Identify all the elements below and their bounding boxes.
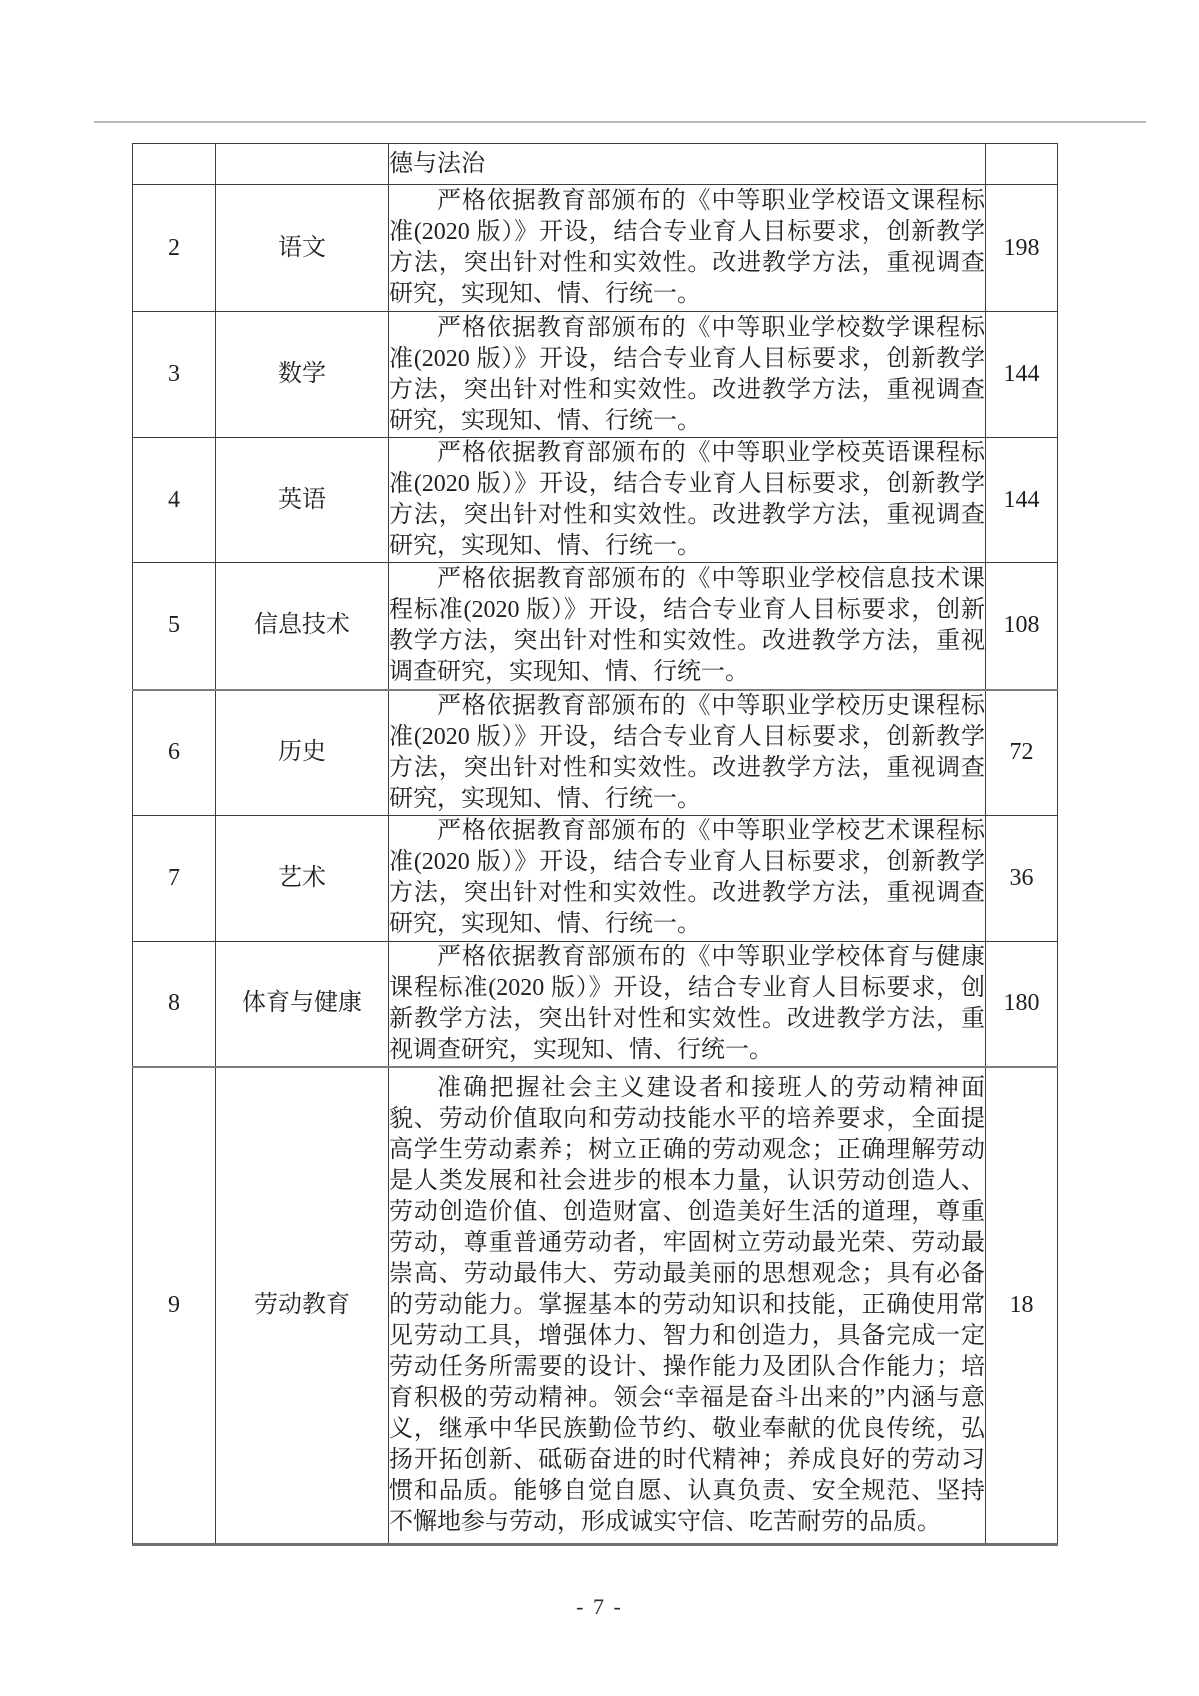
description-text: 严格依据教育部颁布的《中等职业学校艺术课程标准(2020 版）》开设，结合专业育…: [389, 816, 985, 940]
hours-cell: 108: [986, 563, 1058, 690]
serial-cell: 2: [133, 185, 216, 312]
course-cell: 数学: [216, 312, 389, 438]
serial-cell: 6: [133, 690, 216, 816]
course-cell: 历史: [216, 690, 389, 816]
table-row: 2 语文 严格依据教育部颁布的《中等职业学校语文课程标准(2020 版）》开设，…: [133, 185, 1058, 312]
course-cell: 英语: [216, 438, 389, 563]
course-cell: 艺术: [216, 815, 389, 941]
course-cell: 劳动教育: [216, 1067, 389, 1545]
description-text: 准确把握社会主义建设者和接班人的劳动精神面貌、劳动价值取向和劳动技能水平的培养要…: [389, 1073, 985, 1538]
serial-cell: [133, 144, 216, 185]
description-text: 严格依据教育部颁布的《中等职业学校数学课程标准(2020 版）》开设，结合专业育…: [389, 313, 985, 437]
serial-cell: 7: [133, 815, 216, 941]
description-cell: 严格依据教育部颁布的《中等职业学校信息技术课程标准(2020 版）》开设，结合专…: [389, 563, 986, 690]
table-row: 5 信息技术 严格依据教育部颁布的《中等职业学校信息技术课程标准(2020 版）…: [133, 563, 1058, 690]
description-text: 严格依据教育部颁布的《中等职业学校语文课程标准(2020 版）》开设，结合专业育…: [389, 186, 985, 310]
hours-cell: 180: [986, 941, 1058, 1067]
description-cell: 准确把握社会主义建设者和接班人的劳动精神面貌、劳动价值取向和劳动技能水平的培养要…: [389, 1067, 986, 1545]
description-cell: 严格依据教育部颁布的《中等职业学校数学课程标准(2020 版）》开设，结合专业育…: [389, 312, 986, 438]
description-cell: 严格依据教育部颁布的《中等职业学校语文课程标准(2020 版）》开设，结合专业育…: [389, 185, 986, 312]
serial-cell: 5: [133, 563, 216, 690]
document-page: 德与法治 2 语文 严格依据教育部颁布的《中等职业学校语文课程标准(2020 版…: [0, 0, 1199, 1696]
serial-cell: 4: [133, 438, 216, 563]
table-row: 7 艺术 严格依据教育部颁布的《中等职业学校艺术课程标准(2020 版）》开设，…: [133, 815, 1058, 941]
description-text: 严格依据教育部颁布的《中等职业学校体育与健康课程标准(2020 版）》开设，结合…: [389, 942, 985, 1066]
table-row: 9 劳动教育 准确把握社会主义建设者和接班人的劳动精神面貌、劳动价值取向和劳动技…: [133, 1067, 1058, 1545]
hours-cell: 144: [986, 312, 1058, 438]
table-row: 8 体育与健康 严格依据教育部颁布的《中等职业学校体育与健康课程标准(2020 …: [133, 941, 1058, 1067]
page-number: - 7 -: [0, 1594, 1199, 1620]
description-cell: 严格依据教育部颁布的《中等职业学校体育与健康课程标准(2020 版）》开设，结合…: [389, 941, 986, 1067]
table-row-continuation: 德与法治: [133, 144, 1058, 185]
page-top-rule: [94, 121, 1146, 123]
table-row: 6 历史 严格依据教育部颁布的《中等职业学校历史课程标准(2020 版）》开设，…: [133, 690, 1058, 816]
description-cell: 严格依据教育部颁布的《中等职业学校艺术课程标准(2020 版）》开设，结合专业育…: [389, 815, 986, 941]
course-cell: 语文: [216, 185, 389, 312]
hours-cell: 36: [986, 815, 1058, 941]
hours-cell: 18: [986, 1067, 1058, 1545]
course-cell: 信息技术: [216, 563, 389, 690]
description-cell: 严格依据教育部颁布的《中等职业学校历史课程标准(2020 版）》开设，结合专业育…: [389, 690, 986, 816]
hours-cell: [986, 144, 1058, 185]
description-cell: 严格依据教育部颁布的《中等职业学校英语课程标准(2020 版）》开设，结合专业育…: [389, 438, 986, 563]
description-text: 严格依据教育部颁布的《中等职业学校信息技术课程标准(2020 版）》开设，结合专…: [389, 564, 985, 688]
course-cell: [216, 144, 389, 185]
serial-cell: 9: [133, 1067, 216, 1545]
serial-cell: 8: [133, 941, 216, 1067]
description-text: 严格依据教育部颁布的《中等职业学校英语课程标准(2020 版）》开设，结合专业育…: [389, 438, 985, 562]
description-cell: 德与法治: [389, 144, 986, 185]
hours-cell: 198: [986, 185, 1058, 312]
curriculum-table: 德与法治 2 语文 严格依据教育部颁布的《中等职业学校语文课程标准(2020 版…: [132, 143, 1058, 1546]
description-text: 德与法治: [389, 149, 985, 180]
serial-cell: 3: [133, 312, 216, 438]
table-row: 4 英语 严格依据教育部颁布的《中等职业学校英语课程标准(2020 版）》开设，…: [133, 438, 1058, 563]
description-text: 严格依据教育部颁布的《中等职业学校历史课程标准(2020 版）》开设，结合专业育…: [389, 691, 985, 815]
course-cell: 体育与健康: [216, 941, 389, 1067]
hours-cell: 144: [986, 438, 1058, 563]
table-row: 3 数学 严格依据教育部颁布的《中等职业学校数学课程标准(2020 版）》开设，…: [133, 312, 1058, 438]
hours-cell: 72: [986, 690, 1058, 816]
